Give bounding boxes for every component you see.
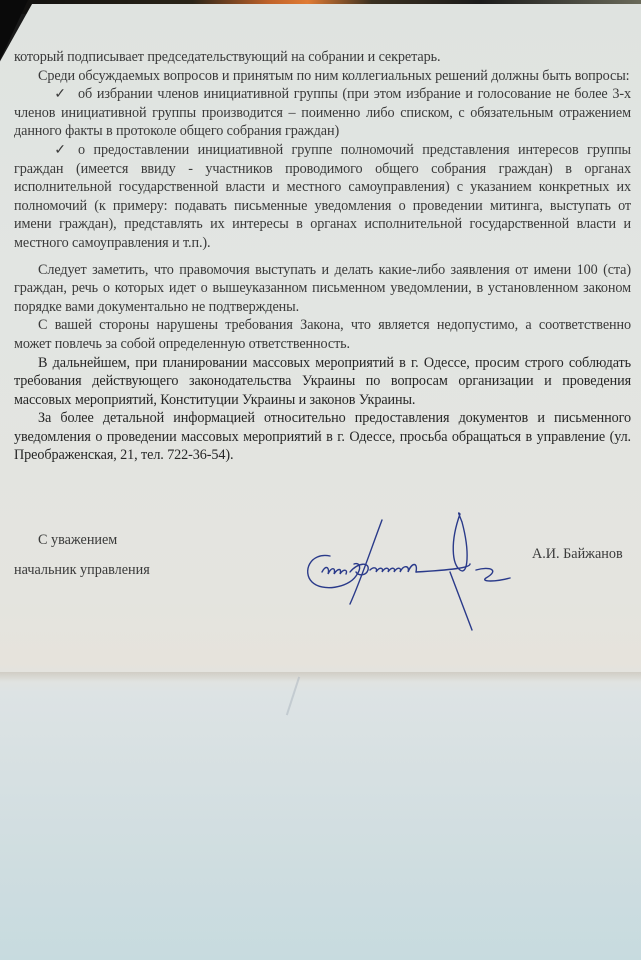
bullet-text: об избрании членов инициативной группы (… bbox=[14, 86, 631, 139]
paper-fold bbox=[0, 672, 641, 682]
signer-title: начальник управления bbox=[14, 562, 150, 579]
bullet-text: о предоставлении инициативной группе пол… bbox=[14, 142, 631, 251]
bullet-item-1: ✓об избрании членов инициативной группы … bbox=[14, 85, 631, 141]
paragraph-violation: С вашей стороны нарушены требования Зако… bbox=[14, 316, 631, 353]
handwritten-signature-icon bbox=[300, 512, 530, 642]
paragraph-request: В дальнейшем, при планировании массовых … bbox=[14, 354, 631, 410]
paragraph-authority-note: Следует заметить, что правомочия выступа… bbox=[14, 261, 631, 317]
checkmark-icon: ✓ bbox=[14, 141, 78, 160]
paragraph-contact-info: За более детальной информацией относител… bbox=[14, 409, 631, 465]
signature-block: С уважением начальник управления А.И. Ба… bbox=[0, 524, 641, 644]
closing-phrase: С уважением bbox=[38, 532, 117, 549]
signer-name: А.И. Байжанов bbox=[532, 546, 623, 563]
checkmark-icon: ✓ bbox=[14, 85, 78, 104]
paragraph-continuation: который подписывает председательствующий… bbox=[14, 48, 631, 67]
letter-body: который подписывает председательствующий… bbox=[14, 48, 631, 465]
document-page: который подписывает председательствующий… bbox=[0, 4, 641, 960]
bullet-item-2: ✓о предоставлении инициативной группе по… bbox=[14, 141, 631, 253]
paragraph-questions-intro: Среди обсуждаемых вопросов и принятым по… bbox=[14, 67, 631, 86]
paper-crease bbox=[286, 677, 300, 716]
page-corner-shadow bbox=[0, 0, 28, 60]
